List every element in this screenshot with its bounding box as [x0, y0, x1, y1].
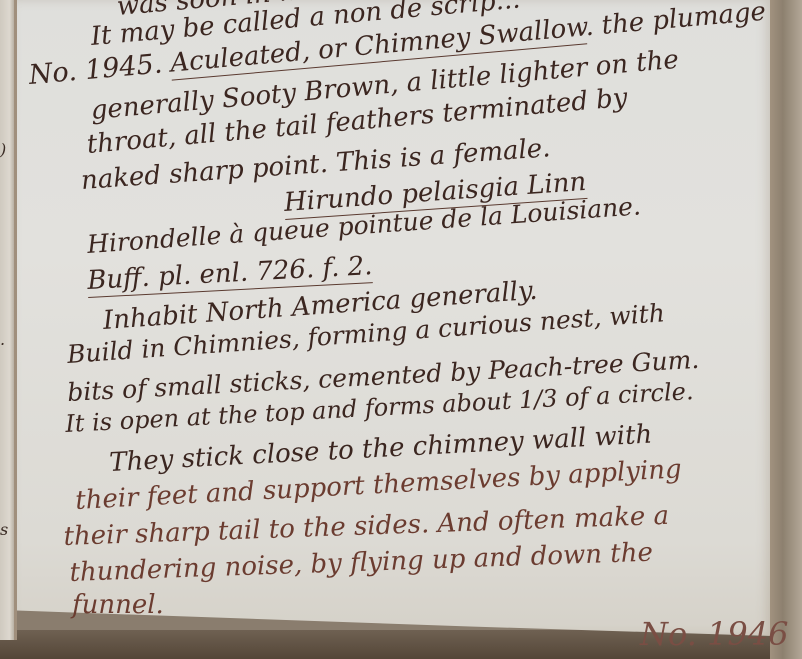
text-line-18: funnel.	[72, 592, 164, 618]
entry-number: No. 1945.	[27, 48, 163, 91]
line-text: . the plumage	[584, 0, 767, 42]
next-entry-number: No. 1946	[640, 615, 788, 653]
buffon-reference: Buff. pl. enl. 726. f. 2.	[87, 253, 373, 294]
handwritten-text: was soon in ... It may be called a non d…	[0, 0, 802, 659]
line-text: funnel.	[72, 590, 164, 620]
